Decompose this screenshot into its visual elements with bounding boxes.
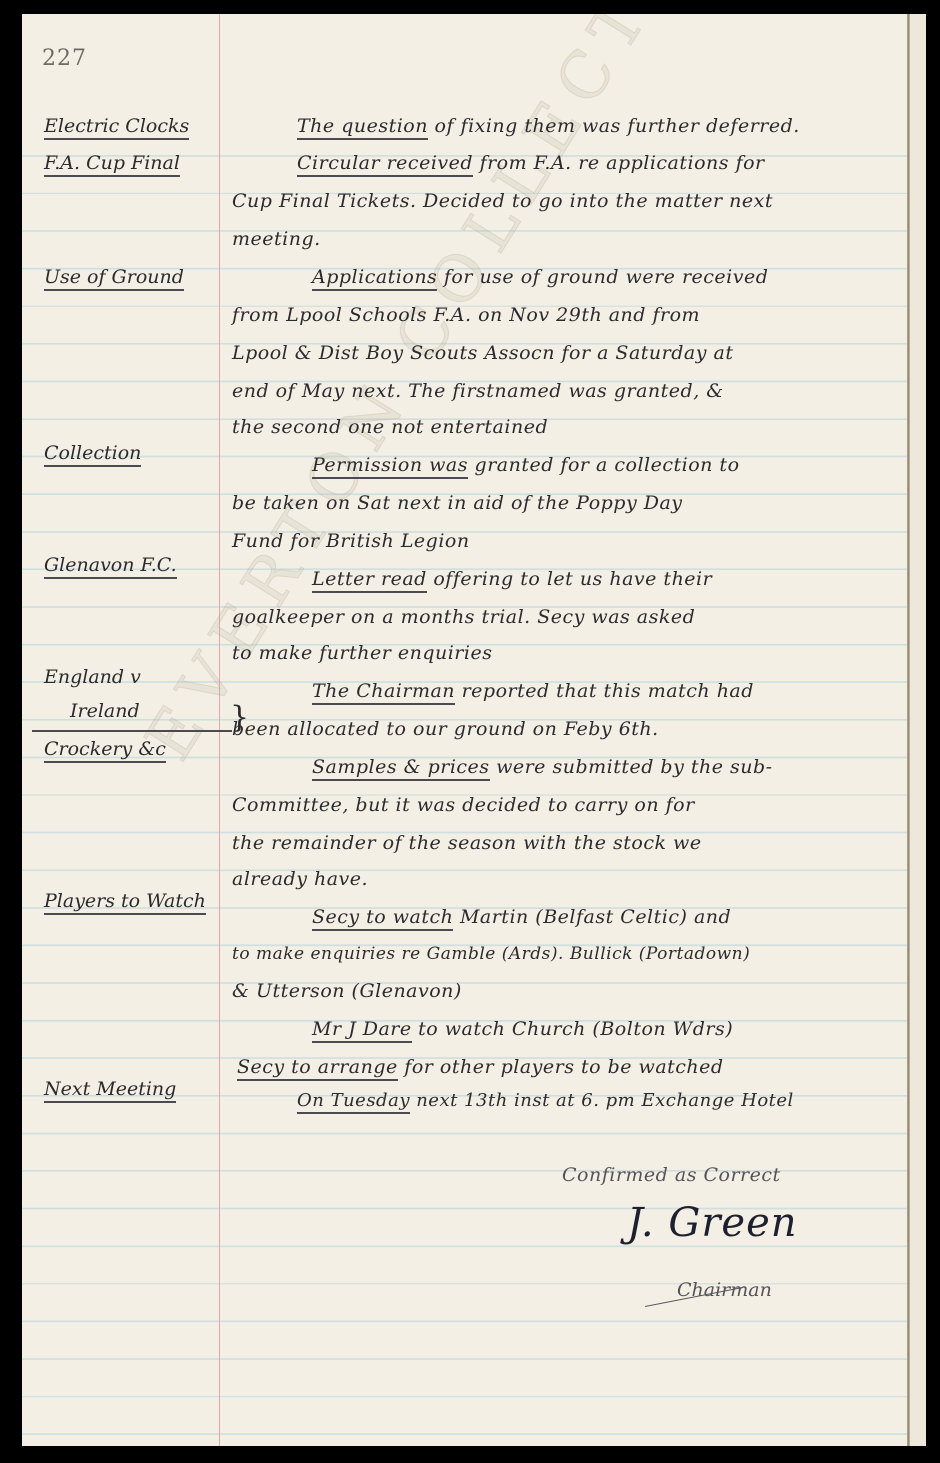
body-line: to make enquiries re Gamble (Ards). Bull… xyxy=(232,944,750,964)
body-line: goalkeeper on a months trial. Secy was a… xyxy=(232,606,695,628)
heading-collection: Collection xyxy=(44,442,141,464)
heading-rule xyxy=(32,730,232,732)
chairman-signature: J. Green xyxy=(627,1200,798,1246)
body-line: end of May next. The firstnamed was gran… xyxy=(232,380,724,402)
body-line: the remainder of the season with the sto… xyxy=(232,832,702,854)
heading-ireland: Ireland xyxy=(70,700,140,722)
body-line: Circular received from F.A. re applicati… xyxy=(297,152,765,174)
ledger-page: EVERTON COLLECTION CHARITABLE TRUST 227 … xyxy=(22,14,926,1446)
body-line: Letter read offering to let us have thei… xyxy=(312,568,712,590)
body-line: On Tuesday next 13th inst at 6. pm Excha… xyxy=(297,1090,794,1111)
body-line: & Utterson (Glenavon) xyxy=(232,980,462,1002)
body-line: meeting. xyxy=(232,228,321,250)
body-line: Permission was granted for a collection … xyxy=(312,454,740,476)
body-line: Lpool & Dist Boy Scouts Assocn for a Sat… xyxy=(232,342,733,364)
heading-players-to-watch: Players to Watch xyxy=(44,890,206,912)
confirmed-as-correct: Confirmed as Correct xyxy=(562,1164,781,1186)
body-line: Fund for British Legion xyxy=(232,530,470,552)
body-line: The question of fixing them was further … xyxy=(297,115,800,137)
body-line: be taken on Sat next in aid of the Poppy… xyxy=(232,492,683,514)
body-line: already have. xyxy=(232,868,368,890)
body-line: Cup Final Tickets. Decided to go into th… xyxy=(232,190,773,212)
body-line: from Lpool Schools F.A. on Nov 29th and … xyxy=(232,304,700,326)
binding-fold xyxy=(907,14,910,1446)
body-line: Mr J Dare to watch Church (Bolton Wdrs) xyxy=(312,1018,733,1040)
body-line: been allocated to our ground on Feby 6th… xyxy=(232,718,659,740)
body-line: The Chairman reported that this match ha… xyxy=(312,680,754,702)
heading-fa-cup-final: F.A. Cup Final xyxy=(44,152,180,174)
page-edge xyxy=(910,14,926,1446)
heading-electric-clocks: Electric Clocks xyxy=(44,115,189,137)
body-line: Applications for use of ground were rece… xyxy=(312,266,768,288)
heading-glenavon-fc: Glenavon F.C. xyxy=(44,554,177,576)
heading-england-v: England v xyxy=(44,666,141,688)
heading-next-meeting: Next Meeting xyxy=(44,1078,176,1100)
page-number: 227 xyxy=(42,46,87,71)
body-line: Committee, but it was decided to carry o… xyxy=(232,794,695,816)
body-line: Samples & prices were submitted by the s… xyxy=(312,756,773,778)
body-line: Secy to watch Martin (Belfast Celtic) an… xyxy=(312,906,731,928)
body-line: to make further enquiries xyxy=(232,642,492,664)
heading-crockery: Crockery &c xyxy=(44,738,166,760)
body-line: the second one not entertained xyxy=(232,416,548,438)
heading-use-of-ground: Use of Ground xyxy=(44,266,184,288)
body-line: Secy to arrange for other players to be … xyxy=(237,1056,724,1078)
